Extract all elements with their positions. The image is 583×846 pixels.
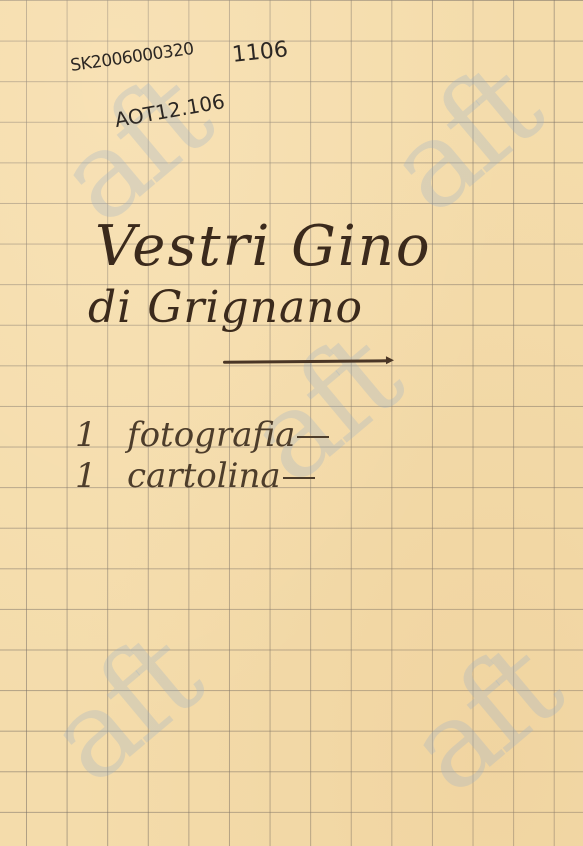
archive-number: 1106: [231, 37, 289, 68]
contents-item: 1cartolina: [75, 456, 315, 496]
watermark: aft: [362, 39, 563, 239]
watermark: aft: [22, 609, 223, 809]
item-quantity: 1: [75, 415, 127, 455]
document-page: aft aft aft aft aft SK2006000320 1106 AO…: [0, 0, 583, 846]
item-label: fotografia: [127, 415, 295, 455]
item-stroke: [283, 477, 315, 479]
contents-item: 1fotografia: [75, 415, 329, 455]
person-origin: di Grignano: [88, 282, 363, 333]
item-quantity: 1: [75, 456, 127, 496]
item-stroke: [297, 436, 329, 438]
archive-code: SK2006000320: [69, 39, 195, 76]
inventory-code: AOT12.106: [113, 89, 227, 132]
item-label: cartolina: [127, 456, 281, 496]
watermark: aft: [382, 619, 583, 819]
person-name: Vestri Gino: [95, 214, 432, 279]
heading-underline: [223, 359, 388, 363]
